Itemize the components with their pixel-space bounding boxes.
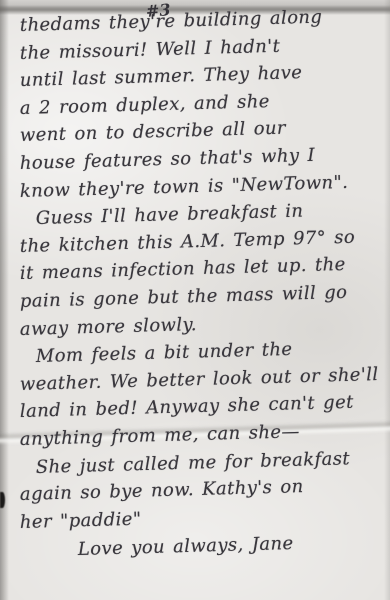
paper-edge-blemish: [0, 492, 5, 508]
paper-right-edge: [384, 0, 390, 600]
letter-page: #3 thedams they're building along the mi…: [0, 0, 390, 600]
paper-left-edge: [0, 0, 10, 600]
letter-body: thedams they're building along the misso…: [20, 15, 380, 567]
